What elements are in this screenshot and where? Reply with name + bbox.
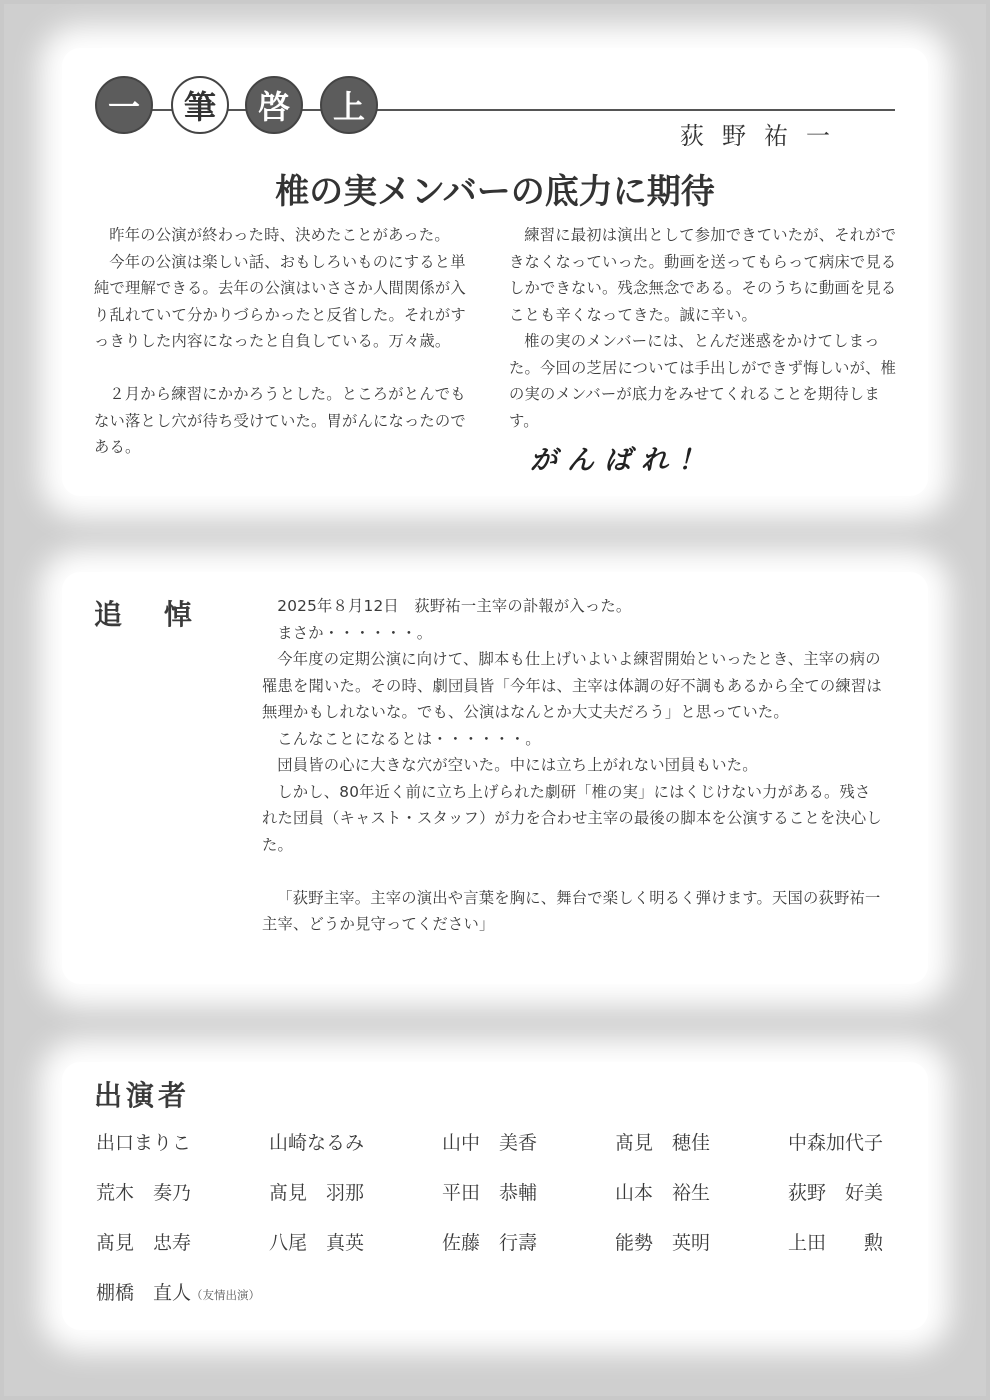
essay-paragraph: 練習に最初は演出として参加できていたが、それができなくなっていった。動画を送って… <box>509 222 899 328</box>
cast-member: 荻野 好美 <box>788 1178 883 1205</box>
cast-member: 荒木 奏乃 <box>96 1178 191 1205</box>
essay-paragraph: 今年の公演は楽しい話、おもしろいものにすると単純で理解できる。去年の公演はいささ… <box>94 249 478 355</box>
cast-row: 棚橋 直人（友情出演） <box>96 1278 896 1328</box>
cast-list: 出口まりこ 山崎なるみ 山中 美香 髙見 穂佳 中森加代子 荒木 奏乃 髙見 羽… <box>96 1128 896 1328</box>
header-circle-3: 啓 <box>245 76 303 134</box>
cast-member: 能勢 英明 <box>615 1228 710 1255</box>
memorial-paragraph: こんなことになるとは・・・・・・。 <box>262 726 884 753</box>
cast-member: 八尾 真英 <box>269 1228 364 1255</box>
cast-member: 山中 美香 <box>442 1128 537 1155</box>
author-name: 荻野祐一 <box>680 116 880 151</box>
cast-member: 上田 勲 <box>788 1228 883 1255</box>
cast-heading: 出演者 <box>94 1074 190 1114</box>
memorial-paragraph: 団員皆の心に大きな穴が空いた。中には立ち上がれない団員もいた。 <box>262 752 884 779</box>
cast-member: 山本 裕生 <box>615 1178 710 1205</box>
memorial-paragraph: まさか・・・・・・。 <box>262 620 884 647</box>
cast-member: 佐藤 行壽 <box>442 1228 537 1255</box>
cast-row: 出口まりこ 山崎なるみ 山中 美香 髙見 穂佳 中森加代子 <box>96 1128 896 1178</box>
header-circle-4: 上 <box>320 76 378 134</box>
cast-member: 山崎なるみ <box>269 1128 364 1155</box>
essay-left-column: 昨年の公演が終わった時、決めたことがあった。 今年の公演は楽しい話、おもしろいも… <box>94 222 478 461</box>
memorial-paragraph: 2025年８月12日 荻野祐一主宰の訃報が入った。 <box>262 593 884 620</box>
cast-member: 髙見 忠寿 <box>96 1228 191 1255</box>
essay-paragraph: ２月から練習にかかろうとした。ところがとんでもない落とし穴が待ち受けていた。胃が… <box>94 381 478 461</box>
cast-member: 出口まりこ <box>96 1128 191 1155</box>
guest-appearance-note: （友情出演） <box>191 1288 260 1302</box>
memorial-body: 2025年８月12日 荻野祐一主宰の訃報が入った。 まさか・・・・・・。 今年度… <box>262 593 884 938</box>
essay-paragraph: 昨年の公演が終わった時、決めたことがあった。 <box>94 222 478 249</box>
memorial-paragraph: 今年度の定期公演に向けて、脚本も仕上げいよいよ練習開始といったとき、主宰の病の罹… <box>262 646 884 726</box>
cast-member: 平田 恭輔 <box>442 1178 537 1205</box>
essay-right-column: 練習に最初は演出として参加できていたが、それができなくなっていった。動画を送って… <box>509 222 899 434</box>
memorial-paragraph: 「荻野主宰。主宰の演出や言葉を胸に、舞台で楽しく明るく弾けます。天国の荻野祐一主… <box>262 885 884 938</box>
header-circle-2: 筆 <box>171 76 229 134</box>
memorial-heading: 追悼 <box>94 593 234 633</box>
memorial-paragraph: しかし、80年近く前に立ち上げられた劇研「椎の実」にはくじけない力がある。残され… <box>262 779 884 859</box>
cast-member-guest: 棚橋 直人（友情出演） <box>96 1278 260 1305</box>
cast-member: 中森加代子 <box>788 1128 883 1155</box>
essay-title: 椎の実メンバーの底力に期待 <box>0 164 990 213</box>
cast-member: 髙見 羽那 <box>269 1178 364 1205</box>
cast-member: 棚橋 直人 <box>96 1282 191 1304</box>
cast-row: 荒木 奏乃 髙見 羽那 平田 恭輔 山本 裕生 荻野 好美 <box>96 1178 896 1228</box>
header-circle-1: 一 <box>95 76 153 134</box>
closing-exclamation: がんばれ！ <box>530 438 715 477</box>
cast-row: 髙見 忠寿 八尾 真英 佐藤 行壽 能勢 英明 上田 勲 <box>96 1228 896 1278</box>
essay-paragraph: 椎の実のメンバーには、とんだ迷惑をかけてしまった。今回の芝居については手出しがで… <box>509 328 899 434</box>
cast-member: 髙見 穂佳 <box>615 1128 710 1155</box>
